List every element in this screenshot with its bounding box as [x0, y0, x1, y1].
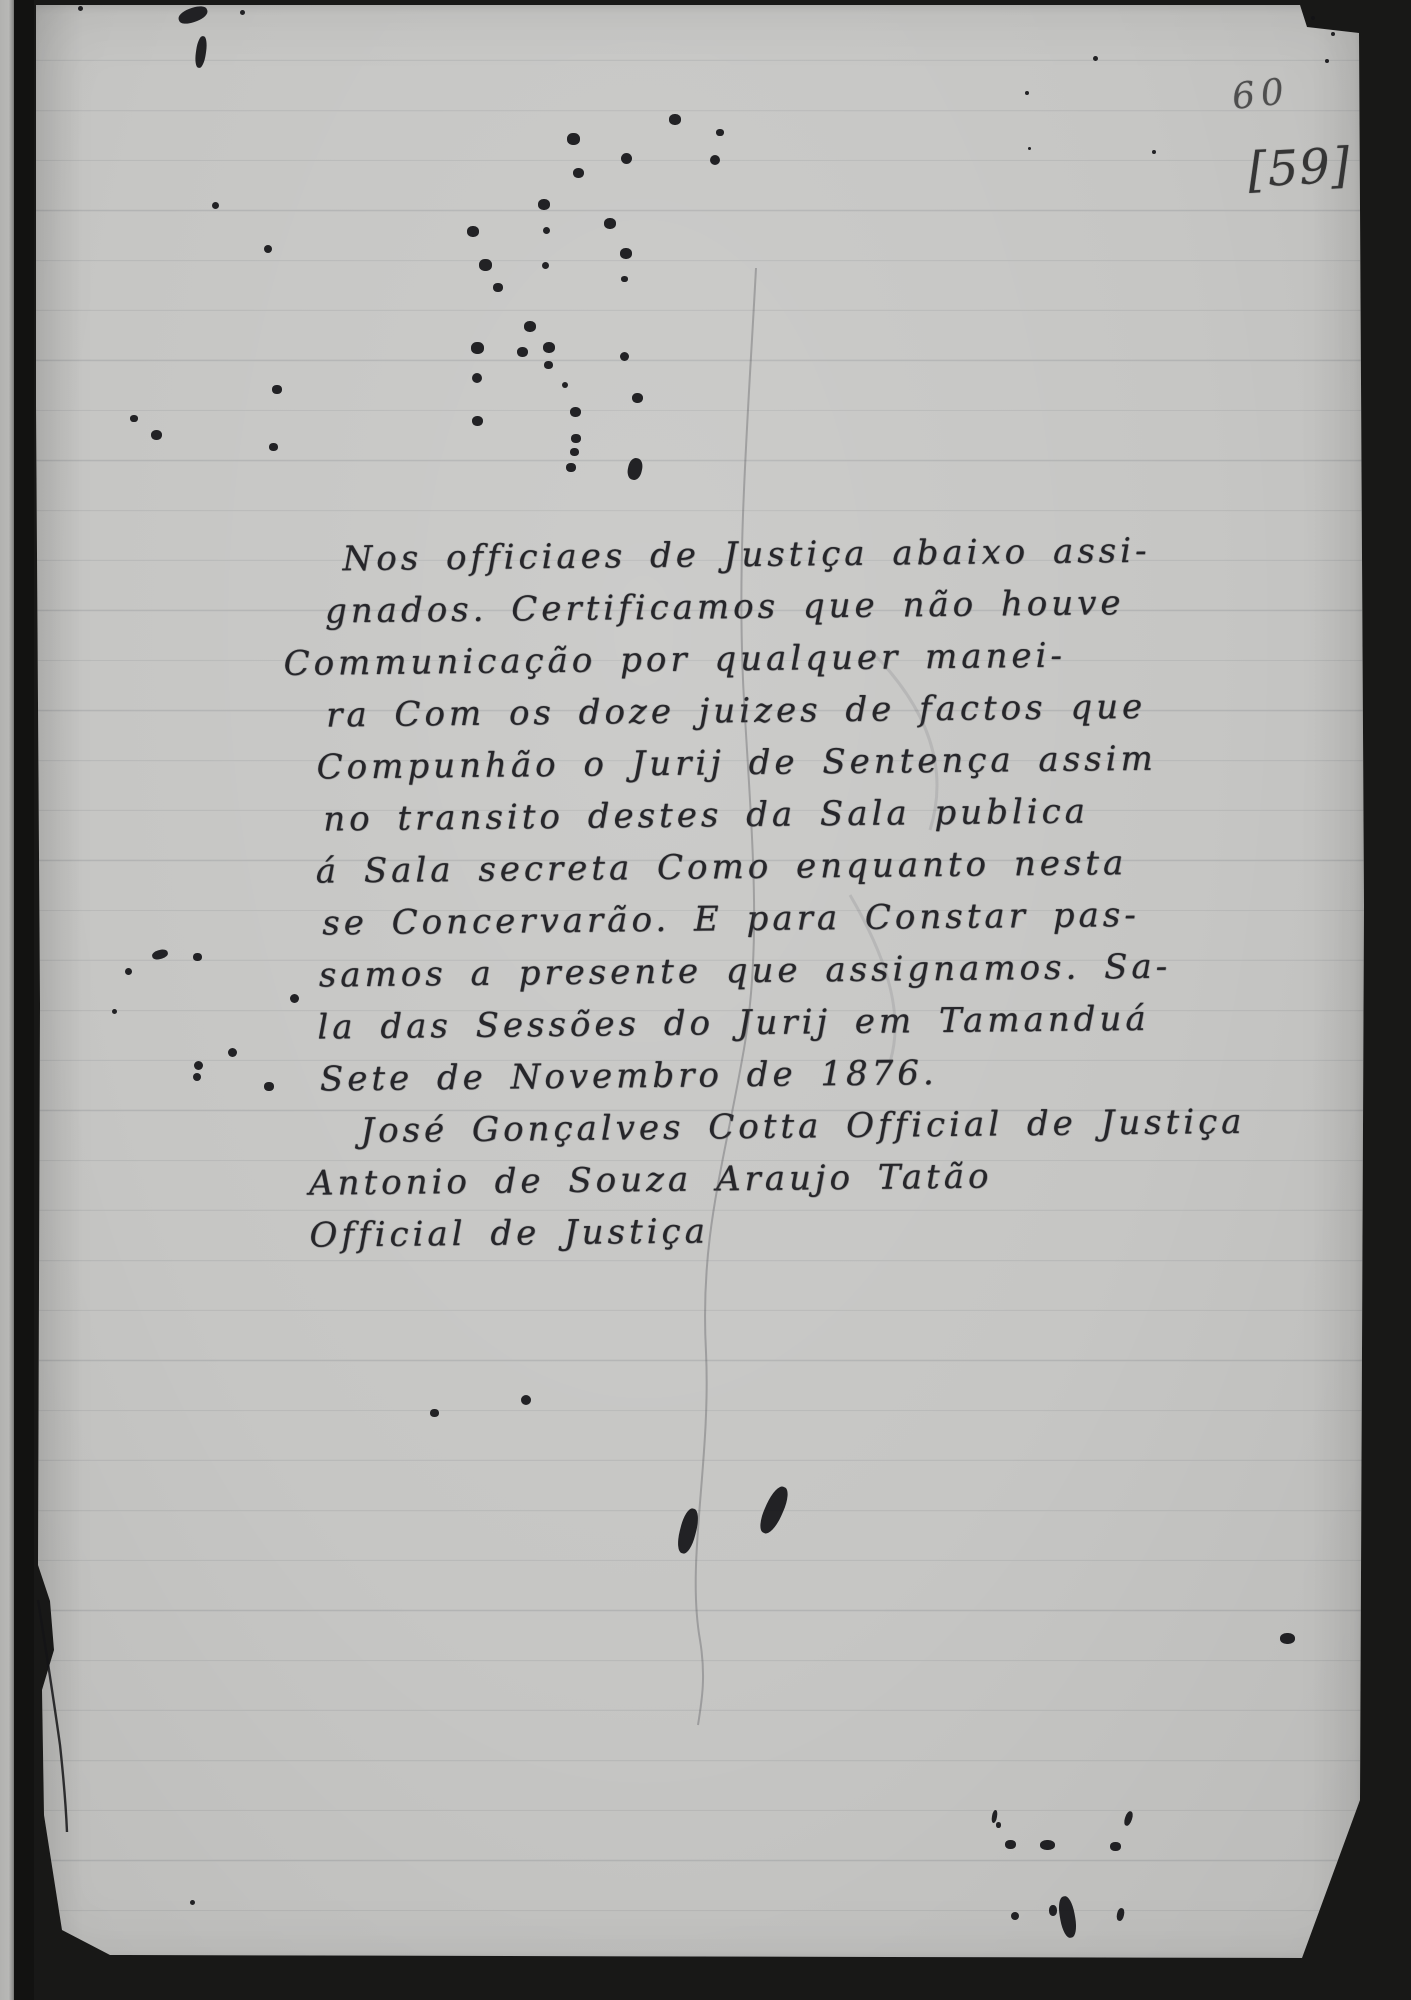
- ink-speck: [1025, 91, 1029, 95]
- ink-speck: [228, 1048, 237, 1057]
- ink-speck: [620, 352, 629, 361]
- ink-speck: [1311, 16, 1315, 20]
- ink-speck: [78, 6, 83, 11]
- ink-speck: [571, 434, 581, 443]
- ink-speck: [264, 1082, 274, 1091]
- ink-speck: [1325, 59, 1329, 63]
- ink-speck: [521, 1395, 531, 1405]
- ink-speck: [538, 199, 550, 210]
- ink-speck: [193, 1073, 201, 1081]
- ink-speck: [471, 342, 484, 354]
- ink-speck: [1280, 1633, 1295, 1644]
- ink-speck: [710, 155, 720, 165]
- manuscript-line: ra Com os doze juizes de factos que: [326, 680, 1220, 741]
- ink-speck: [669, 114, 681, 125]
- ink-speck: [621, 276, 628, 282]
- ink-speck: [1152, 150, 1156, 154]
- ink-speck: [493, 283, 503, 292]
- ink-speck: [472, 416, 483, 426]
- ink-speck: [632, 393, 643, 403]
- binding-gutter-shadow: [14, 0, 34, 2000]
- ink-speck: [479, 259, 492, 271]
- ink-speck: [269, 443, 278, 451]
- pencil-folio-number: 60: [1230, 71, 1292, 118]
- manuscript-text-block: Nos officiaes de Justiça abaixo assi-gna…: [278, 524, 1226, 1262]
- ink-speck: [130, 415, 138, 422]
- ink-speck: [472, 373, 482, 383]
- ink-speck: [194, 1061, 203, 1070]
- ink-speck: [272, 385, 282, 394]
- ink-speck: [1093, 56, 1098, 61]
- ink-speck: [1011, 1912, 1019, 1920]
- manuscript-line: samos a presente que assignamos. Sa-: [319, 940, 1223, 1001]
- ink-speck: [620, 248, 632, 259]
- ink-speck: [190, 1900, 195, 1905]
- ink-speck: [570, 407, 581, 417]
- manuscript-line: Compunhão o Jurij de Sentença assim: [316, 732, 1220, 793]
- ink-speck: [290, 994, 299, 1003]
- ink-speck: [1028, 147, 1031, 150]
- manuscript-line: á Sala secreta Como enquanto nesta: [315, 836, 1221, 897]
- ink-speck: [621, 153, 632, 164]
- bracket-page-number: [59]: [1247, 137, 1352, 198]
- ink-speck: [212, 202, 219, 209]
- ink-speck: [517, 347, 528, 357]
- ink-speck: [604, 218, 616, 229]
- ink-speck: [1005, 1840, 1016, 1849]
- ink-speck: [467, 226, 479, 237]
- manuscript-line: Official de Justiça: [309, 1200, 1225, 1262]
- manuscript-line: no transito destes da Sala publica: [323, 784, 1221, 845]
- ink-speck: [542, 262, 549, 269]
- manuscript-line: Antonio de Souza Araujo Tatão: [309, 1148, 1225, 1210]
- ink-speck: [112, 1009, 117, 1014]
- manuscript-line: Sete de Novembro de 1876.: [320, 1044, 1224, 1105]
- ink-speck: [264, 245, 272, 253]
- ink-speck: [1049, 1905, 1057, 1916]
- manuscript-line: se Concervarão. E para Constar pas-: [322, 888, 1222, 949]
- ink-speck: [151, 430, 162, 440]
- ink-speck: [193, 953, 202, 961]
- ink-speck: [544, 361, 553, 369]
- manuscript-line: José Gonçalves Cotta Official de Justiça: [360, 1096, 1224, 1157]
- ink-speck: [543, 227, 550, 234]
- ink-speck: [430, 1409, 439, 1417]
- ink-speck: [1040, 1840, 1055, 1850]
- ink-speck: [716, 129, 724, 136]
- manuscript-line: Nos officiaes de Justiça abaixo assi-: [342, 524, 1218, 585]
- ink-speck: [567, 133, 580, 145]
- ink-speck: [996, 1822, 1001, 1828]
- ink-speck: [566, 463, 576, 472]
- ink-speck: [543, 342, 555, 353]
- ink-speck: [125, 968, 132, 975]
- manuscript-page: Nos officiaes de Justiça abaixo assi-gna…: [30, 5, 1364, 1961]
- ink-speck: [570, 448, 579, 456]
- manuscript-line: gnados. Certificamos que não houve: [325, 576, 1219, 637]
- manuscript-line: la das Sessões do Jurij em Tamanduá: [317, 992, 1223, 1053]
- ink-speck: [1331, 32, 1335, 36]
- ink-speck: [240, 10, 245, 15]
- ink-speck: [573, 168, 584, 178]
- ink-speck: [524, 321, 536, 332]
- ink-speck: [1110, 1842, 1121, 1851]
- scanned-document: Nos officiaes de Justiça abaixo assi-gna…: [0, 0, 1411, 2000]
- ink-speck: [562, 382, 568, 388]
